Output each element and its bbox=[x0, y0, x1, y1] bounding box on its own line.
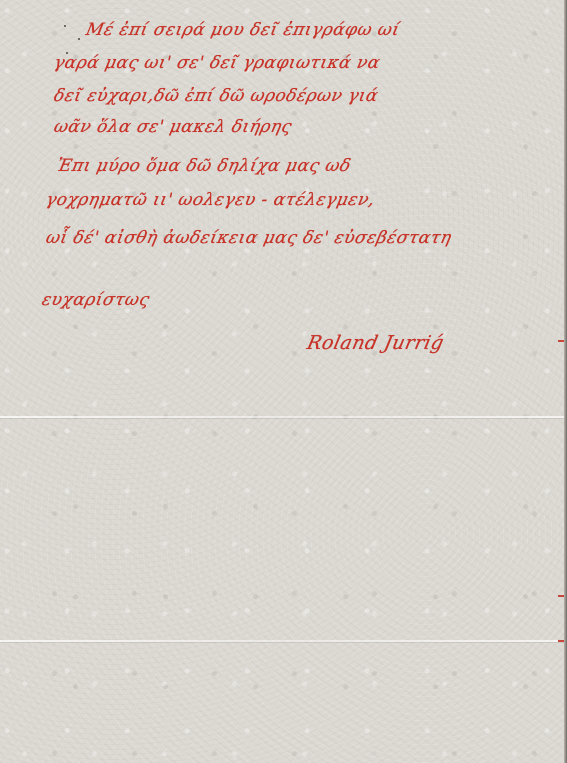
letter-line-7: ωἷ δέ' αἰσθὴ ἀωδείκεια μας δε' εὐσεβέστα… bbox=[44, 228, 454, 248]
letter-signature: Roland Jurriǵ bbox=[305, 332, 446, 354]
fold-line-lower bbox=[0, 640, 567, 642]
edge-ink-mark bbox=[558, 340, 564, 342]
letter-page: Μέ ἐπί σειρά μου δεῖ ἐπιγράφω ωί γαρά μα… bbox=[0, 0, 567, 763]
letter-line-7-start: ωἷ δέ' αἰσθὴ bbox=[44, 228, 160, 248]
letter-line-7-rest: ἀωδείκεια μας δε' εὐσεβέστατη bbox=[161, 228, 453, 248]
letter-line-5: Ἐπι μύρο ὅμα δῶ δηλίχα μας ωδ bbox=[55, 156, 353, 176]
letter-line-1: Μέ ἐπί σειρά μου δεῖ ἐπιγράφω ωί bbox=[84, 20, 402, 40]
paper-speck bbox=[78, 38, 80, 40]
paper-speck bbox=[64, 25, 66, 27]
fold-line-upper bbox=[0, 416, 567, 418]
edge-ink-mark bbox=[558, 595, 564, 597]
edge-ink-mark bbox=[558, 640, 564, 642]
letter-line-2: γαρά μας ωι' σε' δεῖ γραφιωτικά να bbox=[52, 53, 382, 73]
letter-closing: ευχαρίστως bbox=[40, 290, 152, 310]
letter-line-6: γοχρηματῶ ιι' ωολεγευ - ατέλεγμεν, bbox=[44, 190, 377, 210]
letter-line-4: ωᾶν ὅλα σε' μακελ διήρης bbox=[52, 117, 294, 137]
letter-line-3: δεῖ εὐχαρι,δῶ ἐπί δῶ ωροδέρων γιά bbox=[52, 86, 380, 106]
